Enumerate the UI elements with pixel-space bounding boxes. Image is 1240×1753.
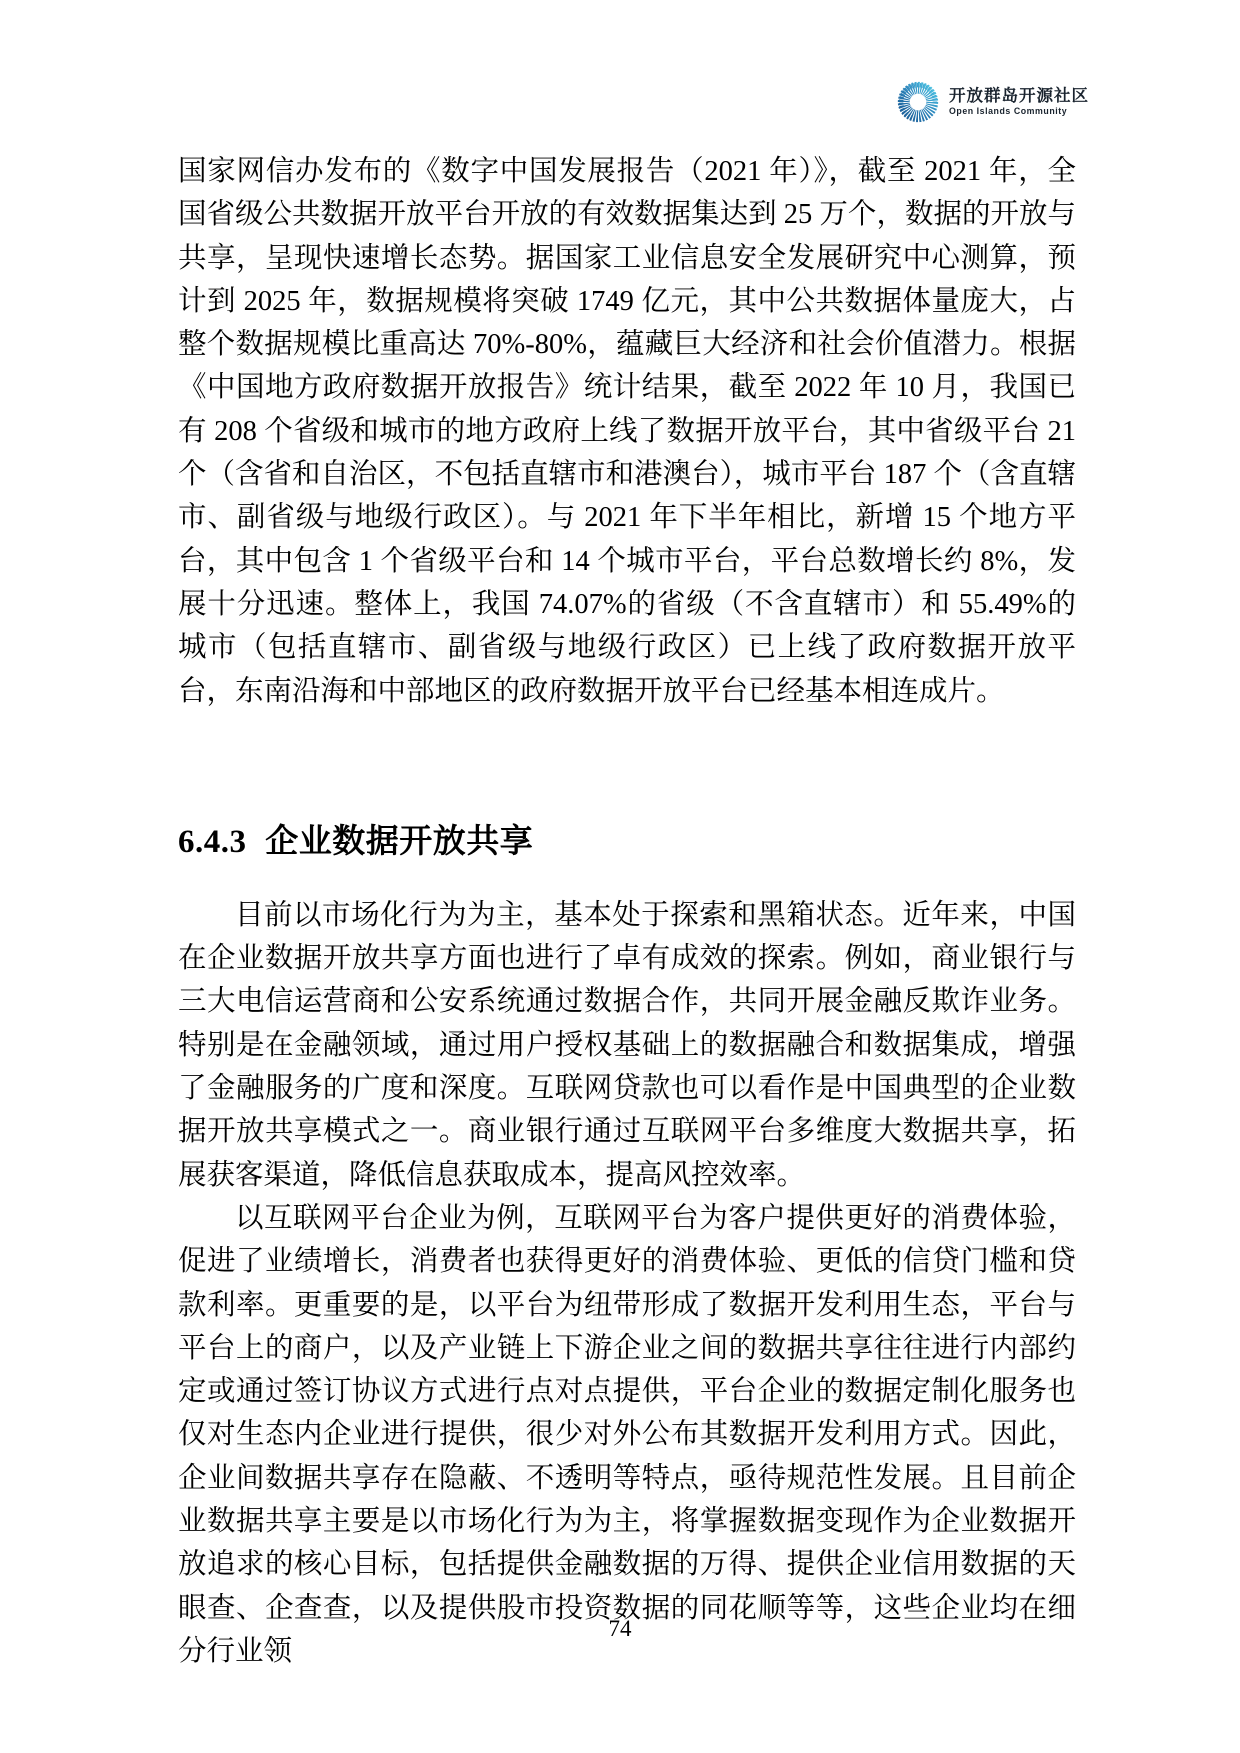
page-footer: 74 [0, 1616, 1240, 1642]
section-heading-title: 企业数据开放共享 [265, 822, 533, 859]
paragraph-market-exploration: 目前以市场化行为为主，基本处于探索和黑箱状态。近年来，中国在企业数据开放共享方面… [178, 894, 1076, 1197]
sunburst-icon [896, 80, 940, 124]
logo-text: 开放群岛开源社区 Open Islands Community [949, 87, 1089, 117]
logo-title-en: Open Islands Community [949, 106, 1089, 117]
paragraph-internet-platform: 以互联网平台企业为例，互联网平台为客户提供更好的消费体验，促进了业绩增长，消费者… [178, 1197, 1076, 1673]
section-heading: 6.4.3 企业数据开放共享 [178, 819, 1076, 864]
logo: 开放群岛开源社区 Open Islands Community [896, 80, 1089, 124]
section-heading-number: 6.4.3 [178, 824, 247, 860]
page-number: 74 [609, 1616, 632, 1641]
page-content: 国家网信办发布的《数字中国发展报告（2021 年）》，截至 2021 年，全国省… [178, 150, 1076, 1673]
logo-title-zh: 开放群岛开源社区 [949, 87, 1089, 106]
document-page: 开放群岛开源社区 Open Islands Community 国家网信办发布的… [0, 0, 1240, 1753]
paragraph-government-open-data: 国家网信办发布的《数字中国发展报告（2021 年）》，截至 2021 年，全国省… [178, 150, 1076, 713]
